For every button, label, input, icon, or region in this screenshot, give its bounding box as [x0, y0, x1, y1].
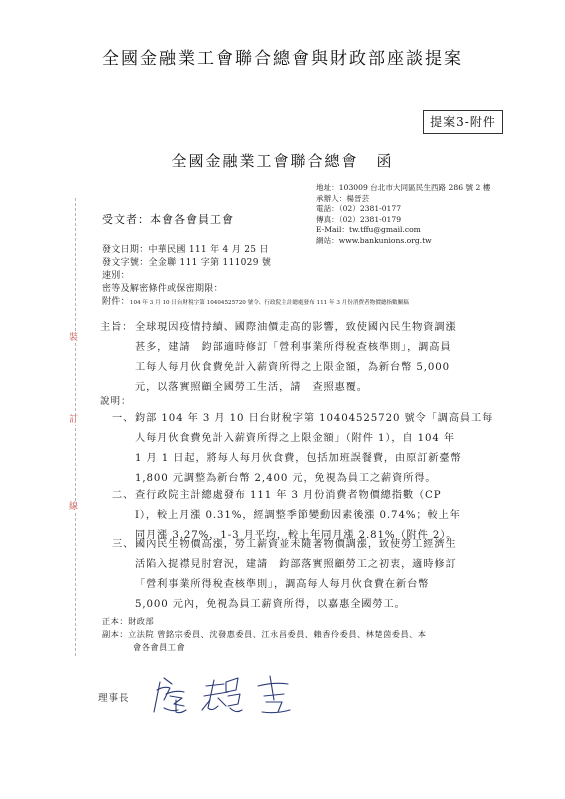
explanation-line: I），較上月漲 0.31%，經調整季節變動因素後漲 0.74%；較上年 [135, 506, 510, 526]
explanation-line: 活陷入捉襟見肘窘況，建請 鈞部落實照顧勞工之初衷，適時修訂 [135, 555, 510, 575]
attachments-line: 附件：104 年 3 月 10 日台財稅字第 10404525720 號令、行政… [102, 294, 409, 307]
explanation-line: 人每月伙食費免計入薪資所得之上限金額」（附件 1），自 104 年 [135, 429, 510, 449]
explanation-item-number: 三、 [112, 535, 134, 555]
copy-recipients-continued: 會各會員工會 [133, 642, 185, 653]
contact-address: 地址：103009 台北市大同區民生西路 286 號 2 樓 [316, 183, 490, 194]
secrecy-level: 密等及解密條件或保密期限： [102, 281, 223, 294]
chairman-title: 理事長 [98, 690, 130, 704]
subject-line: 元，以落實照顧全國勞工生活，請 查照惠覆。 [135, 378, 510, 398]
contact-person: 承辦人：楊晉芸 [316, 194, 490, 205]
handwritten-signature [150, 672, 300, 726]
copy-recipients: 副本：立法院 曾銘宗委員、沈發惠委員、江永昌委員、賴香伶委員、林楚茵委員、本 [102, 629, 427, 640]
original-recipient: 正本：財政部 [102, 616, 154, 627]
subject-line: 全球現因疫情持續、國際油價走高的影響，致使國內民生物資調漲 [135, 318, 510, 338]
subject-line: 工每人每月伙食費免計入薪資所得之上限金額，為新台幣 5,000 [135, 358, 510, 378]
contact-website: 網站：www.bankunions.org.tw [316, 236, 490, 247]
issue-date: 發文日期：中華民國 111 年 4 月 25 日 [102, 242, 269, 255]
explanation-line: 「營利事業所得稅查核準則」，調高每人每月伙食費在新台幣 [135, 575, 510, 595]
attachments-list: 104 年 3 月 10 日台財稅字第 10404525720 號令、行政院主計… [130, 300, 409, 306]
explanation-item-1: 鈞部 104 年 3 月 10 日台財稅字第 10404525720 號令「調高… [135, 409, 510, 489]
explanation-line: 鈞部 104 年 3 月 10 日台財稅字第 10404525720 號令「調高… [135, 409, 510, 429]
contact-phone: 電話：（02）2381-0177 [316, 204, 490, 215]
binding-mark-ding: 訂 [69, 415, 78, 425]
explanation-line: 查行政院主計總處發布 111 年 3 月份消費者物價總指數（CP [135, 486, 510, 506]
binding-mark-xian: 線 [69, 502, 78, 512]
contact-fax: 傳真：（02）2381-0179 [316, 215, 490, 226]
letterhead-org: 全國金融業工會聯合總會 [171, 152, 358, 170]
explanation-line: 1 月 1 日起，將每人每月伙食費，包括加班誤餐費，由原訂新臺幣 [135, 449, 510, 469]
binding-line [75, 198, 76, 656]
binding-mark-zhuang: 裝 [69, 333, 78, 343]
explanation-line: 國內民生物價高漲，勞工薪資並未隨著物價調漲，致使勞工經濟生 [135, 535, 510, 555]
explanation-item-number: 一、 [112, 409, 134, 429]
explanation-item-3: 國內民生物價高漲，勞工薪資並未隨著物價調漲，致使勞工經濟生 活陷入捉襟見肘窘況，… [135, 535, 510, 615]
subject-line: 甚多，建請 鈞部適時修訂「營利事業所得稅查核準則」，調高員 [135, 338, 510, 358]
reference-number: 發文字號：全金聯 111 字第 111029 號 [102, 255, 271, 268]
subject-text: 全球現因疫情持續、國際油價走高的影響，致使國內民生物資調漲 甚多，建請 鈞部適時… [135, 318, 510, 398]
document-title: 全國金融業工會聯合總會與財政部座談提案 [0, 44, 565, 69]
attachment-tag-box: 提案3-附件 [423, 110, 503, 134]
explanation-item-number: 二、 [112, 486, 134, 506]
explanation-line: 5,000 元內，免視為員工薪資所得，以嘉惠全國勞工。 [135, 595, 510, 615]
contact-email: E-Mail：tw.tffu@gmail.com [316, 225, 490, 236]
urgency: 速別： [102, 268, 130, 281]
recipient: 受文者：本會各會員工會 [102, 211, 234, 227]
letterhead-doc-type: 函 [377, 152, 394, 170]
subject-label: 主旨： [100, 318, 133, 338]
letterhead: 全國金融業工會聯合總會函 [0, 150, 565, 171]
contact-block: 地址：103009 台北市大同區民生西路 286 號 2 樓 承辦人：楊晉芸 電… [316, 183, 490, 247]
attachments-label: 附件： [102, 297, 130, 307]
